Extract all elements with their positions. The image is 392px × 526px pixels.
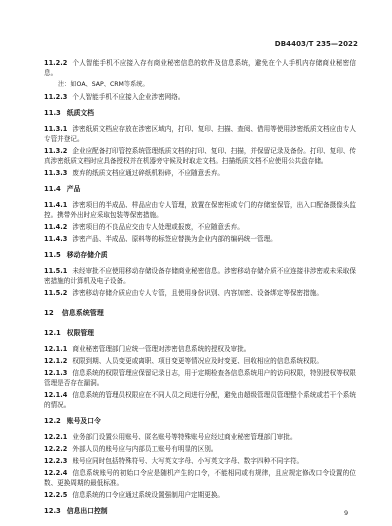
section-heading-11-5: 11.5移动存储介质 (44, 250, 356, 260)
clause-text: 商业秘密管理部门应统一管理对涉密信息系统的授权及审批。 (72, 345, 250, 353)
section-number: 12.3 (44, 507, 61, 515)
section-heading-12-2: 12.2账号及口令 (44, 416, 356, 426)
clause-text: 外部人员的账号应与内部员工账号有明显的区别。 (72, 445, 217, 453)
chapter-title: 信息系统管理 (62, 309, 104, 317)
section-number: 12.1 (44, 329, 61, 337)
clause-text: 涉密项目的不良品应交由专人处理或报废，不应随意丢弃。 (72, 223, 243, 231)
clause-text: 个人智能手机不应接入存有商业秘密信息的软件及信息系统，避免在个人手机内存储商业秘… (44, 59, 356, 77)
clause-number: 12.2.1 (44, 433, 67, 441)
chapter-heading-12: 12信息系统管理 (44, 308, 356, 318)
document-code: DB4403/T 235—2022 (275, 40, 358, 48)
section-heading-11-3: 11.3纸质文档 (44, 108, 356, 118)
clause-12-1-2: 12.1.2权限到期、人员变更或离职、项目变更等情况应及时变更、回收相应的信息系… (44, 356, 356, 366)
section-number: 11.3 (44, 109, 61, 117)
page-number: 9 (344, 509, 348, 517)
section-title: 产品 (67, 185, 81, 193)
clause-text: 涉密移动存储介质应由专人专管，且使用身份识别、内容加密、设备绑定等保密措施。 (72, 289, 323, 297)
chapter-number: 12 (44, 309, 54, 317)
clause-text: 企业应配备打印管控系统管理纸质文档的打印、复印、扫描，并保留记录及备份。打印、复… (44, 147, 356, 165)
clause-11-4-2: 11.4.2涉密项目的不良品应交由专人处理或报废，不应随意丢弃。 (44, 222, 356, 232)
clause-11-3-2: 11.3.2企业应配备打印管控系统管理纸质文档的打印、复印、扫描，并保留记录及备… (44, 146, 356, 166)
clause-11-5-2: 11.5.2涉密移动存储介质应由专人专管，且使用身份识别、内容加密、设备绑定等保… (44, 288, 356, 298)
section-number: 11.4 (44, 185, 61, 193)
clause-text: 个人智能手机不应接入企业涉密网络。 (72, 93, 184, 101)
clause-12-1-1: 12.1.1商业秘密管理部门应统一管理对涉密信息系统的授权及审批。 (44, 344, 356, 354)
clause-12-2-5: 12.2.5信息系统的口令应通过系统设置强制用户定期更换。 (44, 490, 356, 500)
section-number: 12.2 (44, 417, 61, 425)
clause-number: 12.2.3 (44, 457, 67, 465)
section-number: 11.5 (44, 251, 61, 259)
clause-11-4-3: 11.4.3涉密产品、半成品、原料等的标签应替换为企业内部的编码统一管理。 (44, 234, 356, 244)
clause-12-2-3: 12.2.3账号应同时包括特殊符号、大写英文字母、小写英文字母、数字四种不同字符… (44, 456, 356, 466)
clause-number: 11.3.1 (44, 125, 67, 133)
clause-number: 11.2.2 (44, 59, 67, 67)
clause-number: 12.1.1 (44, 345, 67, 353)
clause-11-3-1: 11.3.1涉密纸质文档应存放在涉密区域内，打印、复印、扫描、查阅、借用等使用涉… (44, 124, 356, 144)
clause-number: 12.1.2 (44, 357, 67, 365)
note: 注：如OA、SAP、CRM等系统。 (44, 80, 356, 90)
clause-number: 11.3.2 (44, 147, 67, 155)
clause-text: 业务部门设置公用账号、匿名账号等特殊账号应经过商业秘密管理部门审批。 (72, 433, 296, 441)
section-title: 权限管理 (67, 329, 94, 337)
section-title: 账号及口令 (67, 417, 101, 425)
clause-text: 信息系统的权限管理应保留记录日志，用于定期检查各信息系统用户的访问权限，特别授权… (44, 369, 356, 387)
clause-text: 信息系统账号的初始口令应是随机产生的口令，不能相同或有规律，且应规定修改口令设置… (44, 469, 356, 487)
section-heading-11-4: 11.4产品 (44, 184, 356, 194)
clause-11-2-2: 11.2.2个人智能手机不应接入存有商业秘密信息的软件及信息系统，避免在个人手机… (44, 58, 356, 78)
clause-number: 12.1.3 (44, 369, 67, 377)
clause-12-1-3: 12.1.3信息系统的权限管理应保留记录日志，用于定期检查各信息系统用户的访问权… (44, 368, 356, 388)
clause-text: 废弃的纸质文档应通过碎纸机粉碎，不应随意丢弃。 (72, 169, 224, 177)
clause-number: 11.4.1 (44, 201, 67, 209)
clause-number: 11.5.1 (44, 267, 67, 275)
clause-text: 账号应同时包括特殊符号、大写英文字母、小写英文字母、数字四种不同字符。 (72, 457, 303, 465)
section-title: 纸质文档 (67, 109, 94, 117)
clause-text: 涉密项目的半成品、样品应由专人管理，放置在保密柜或专门的存储室保管，出入口配备摄… (44, 201, 356, 219)
section-title: 移动存储介质 (67, 251, 108, 259)
clause-text: 涉密纸质文档应存放在涉密区域内，打印、复印、扫描、查阅、借用等使用涉密纸质文档应… (44, 125, 356, 143)
section-title: 信息出口控制 (67, 507, 108, 515)
clause-number: 11.2.3 (44, 93, 67, 101)
clause-text: 涉密产品、半成品、原料等的标签应替换为企业内部的编码统一管理。 (72, 235, 276, 243)
clause-11-4-1: 11.4.1涉密项目的半成品、样品应由专人管理，放置在保密柜或专门的存储室保管，… (44, 200, 356, 220)
clause-text: 信息系统的管理员权限应在不同人员之间进行分配，避免由超级管理员管理整个系统或若干… (44, 391, 356, 409)
clause-text: 信息系统的口令应通过系统设置强制用户定期更换。 (72, 491, 224, 499)
clause-number: 11.4.2 (44, 223, 67, 231)
clause-number: 11.3.3 (44, 169, 67, 177)
section-heading-12-3: 12.3信息出口控制 (44, 506, 356, 516)
clause-11-3-3: 11.3.3废弃的纸质文档应通过碎纸机粉碎，不应随意丢弃。 (44, 168, 356, 178)
clause-number: 11.5.2 (44, 289, 67, 297)
clause-number: 12.2.5 (44, 491, 67, 499)
clause-number: 12.1.4 (44, 391, 67, 399)
clause-11-2-3: 11.2.3个人智能手机不应接入企业涉密网络。 (44, 92, 356, 102)
clause-number: 11.4.3 (44, 235, 67, 243)
clause-text: 未经审批不应使用移动存储设备存储商业秘密信息。涉密移动存储介质不应连接非涉密或未… (44, 267, 356, 285)
clause-number: 12.2.2 (44, 445, 67, 453)
clause-12-2-1: 12.2.1业务部门设置公用账号、匿名账号等特殊账号应经过商业秘密管理部门审批。 (44, 432, 356, 442)
clause-11-5-1: 11.5.1未经审批不应使用移动存储设备存储商业秘密信息。涉密移动存储介质不应连… (44, 266, 356, 286)
clause-12-2-4: 12.2.4信息系统账号的初始口令应是随机产生的口令，不能相同或有规律，且应规定… (44, 468, 356, 488)
clause-12-2-2: 12.2.2外部人员的账号应与内部员工账号有明显的区别。 (44, 444, 356, 454)
clause-12-1-4: 12.1.4信息系统的管理员权限应在不同人员之间进行分配，避免由超级管理员管理整… (44, 390, 356, 410)
clause-number: 12.2.4 (44, 469, 67, 477)
clause-text: 权限到期、人员变更或离职、项目变更等情况应及时变更、回收相应的信息系统权限。 (72, 357, 323, 365)
section-heading-12-1: 12.1权限管理 (44, 328, 356, 338)
page-body: 11.2.2个人智能手机不应接入存有商业秘密信息的软件及信息系统，避免在个人手机… (44, 58, 356, 522)
